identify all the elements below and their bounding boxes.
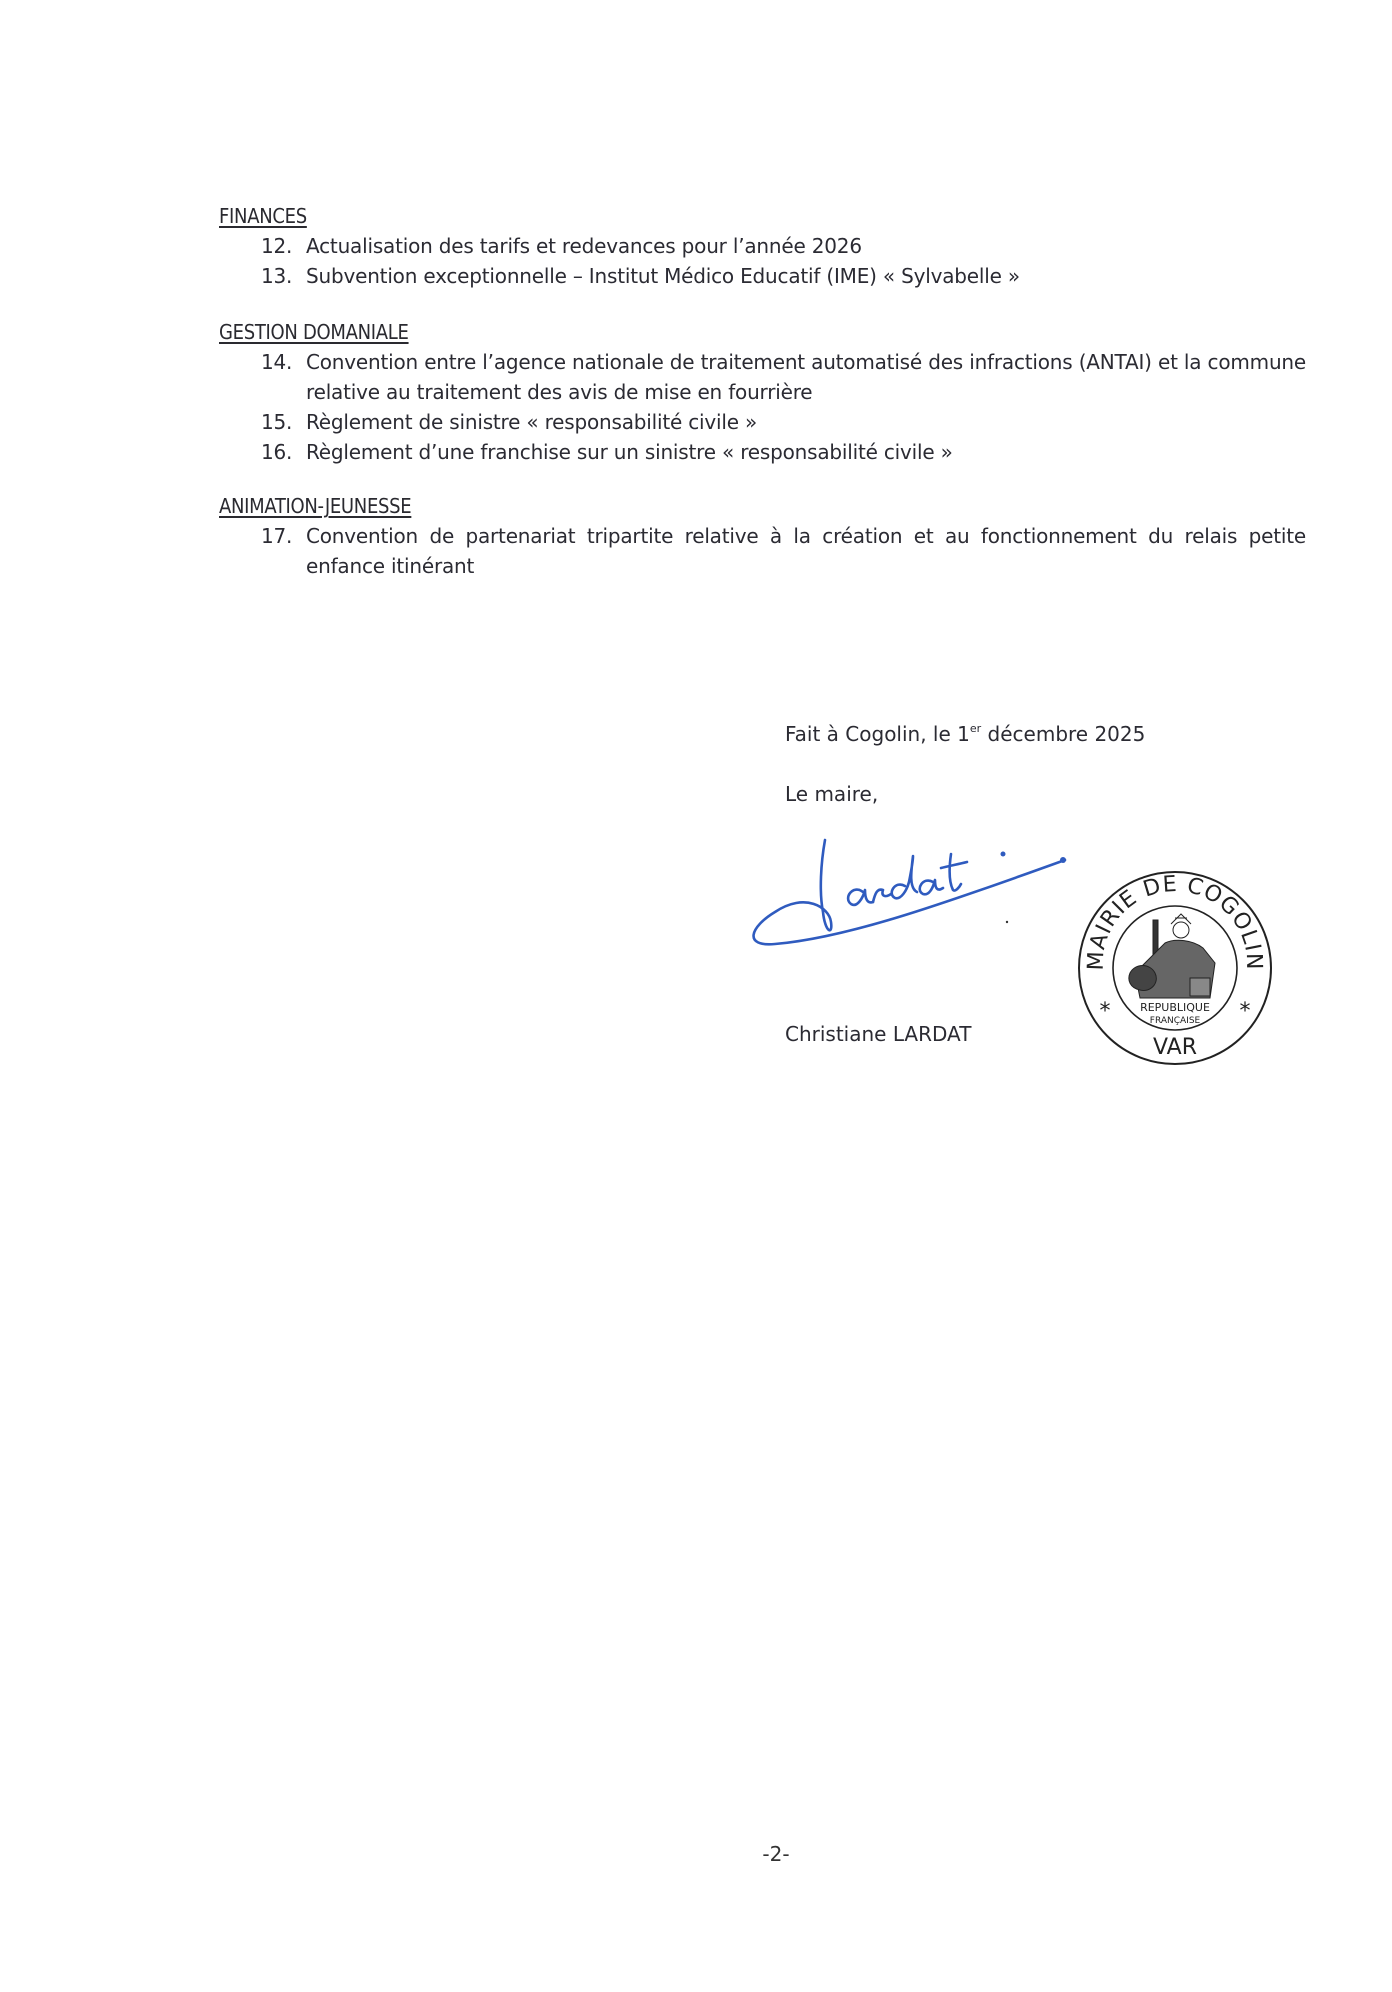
list-item: 12. Actualisation des tarifs et redevanc…: [219, 231, 1319, 261]
item-number: 14.: [261, 347, 292, 377]
svg-text:FRANÇAISE: FRANÇAISE: [1150, 1016, 1201, 1026]
section-animation-jeunesse: ANIMATION-JEUNESSE 17. Convention de par…: [219, 491, 1319, 581]
place-and-date: Fait à Cogolin, le 1er décembre 2025: [785, 722, 1145, 746]
svg-text:REPUBLIQUE: REPUBLIQUE: [1140, 1001, 1210, 1014]
section-title: ANIMATION-JEUNESSE: [219, 491, 1319, 521]
page-number: -2-: [0, 1842, 1392, 1866]
svg-text:*: *: [1240, 999, 1251, 1024]
item-number: 17.: [261, 521, 292, 551]
list-item: 17. Convention de partenariat tripartite…: [219, 521, 1319, 581]
official-stamp-icon: MAIRIE DE COGOLIN REPUBLIQUE FRANÇAISE *…: [1075, 868, 1275, 1068]
item-text: Règlement d’une franchise sur un sinistr…: [306, 437, 1306, 467]
section-title: GESTION DOMANIALE: [219, 317, 1319, 347]
item-number: 12.: [261, 231, 292, 261]
item-text: Convention entre l’agence nationale de t…: [306, 347, 1306, 407]
item-text: Convention de partenariat tripartite rel…: [306, 521, 1306, 581]
mayor-title: Le maire,: [785, 782, 878, 806]
section-finances: FINANCES 12. Actualisation des tarifs et…: [219, 201, 1319, 291]
item-text: Actualisation des tarifs et redevances p…: [306, 231, 1306, 261]
list-item: 14. Convention entre l’agence nationale …: [219, 347, 1319, 407]
signature-icon: [745, 832, 1075, 952]
item-text: Subvention exceptionnelle – Institut Méd…: [306, 261, 1306, 291]
section-title: FINANCES: [219, 201, 1319, 231]
section-gestion-domaniale: GESTION DOMANIALE 14. Convention entre l…: [219, 317, 1319, 467]
item-number: 13.: [261, 261, 292, 291]
svg-text:*: *: [1100, 999, 1111, 1024]
list-item: 16. Règlement d’une franchise sur un sin…: [219, 437, 1319, 467]
item-number: 16.: [261, 437, 292, 467]
list-item: 13. Subvention exceptionnelle – Institut…: [219, 261, 1319, 291]
svg-text:VAR: VAR: [1153, 1035, 1197, 1060]
item-number: 15.: [261, 407, 292, 437]
item-text: Règlement de sinistre « responsabilité c…: [306, 407, 1306, 437]
mayor-name: Christiane LARDAT: [785, 1022, 971, 1046]
list-item: 15. Règlement de sinistre « responsabili…: [219, 407, 1319, 437]
